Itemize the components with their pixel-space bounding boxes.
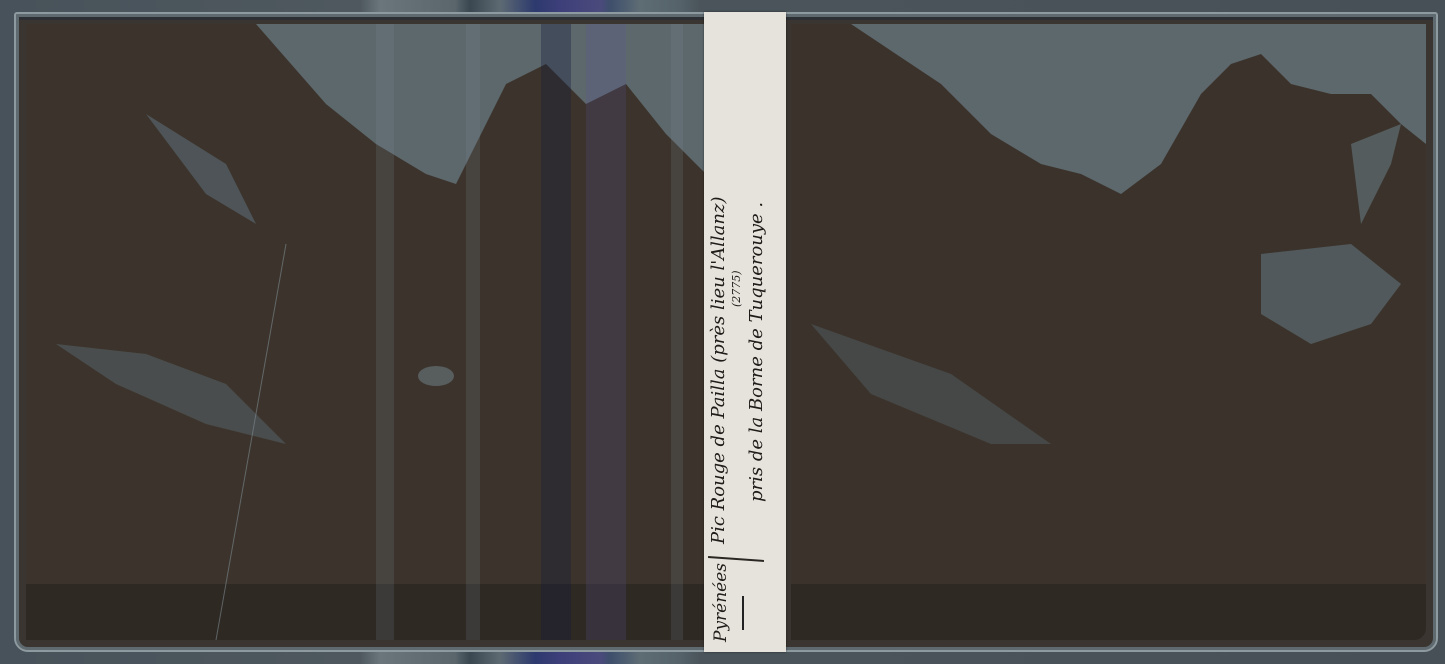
label-subtitle: pris de la Borne de Tuquerouye . [746,202,767,502]
reflection-stripe [466,24,480,640]
label-title: Pic Rouge de Pailla (près lieu l'Allanz) [708,197,729,545]
handwritten-label: Pyrénées Pic Rouge de Pailla (près lieu … [704,12,786,652]
label-text-block: Pyrénées Pic Rouge de Pailla (près lieu … [704,12,786,652]
label-region: Pyrénées [710,563,732,642]
region-underline [742,596,744,630]
label-divider [708,556,764,562]
label-altitude: (2775) [730,270,743,307]
reflection-stripe [541,24,571,640]
mountain-photo-right [791,24,1426,640]
stereo-frame-right [791,24,1426,640]
reflection-stripe [376,24,394,640]
reflection-stripe [671,24,683,640]
reflection-stripe [586,24,626,640]
stereo-frame-left [26,24,706,640]
